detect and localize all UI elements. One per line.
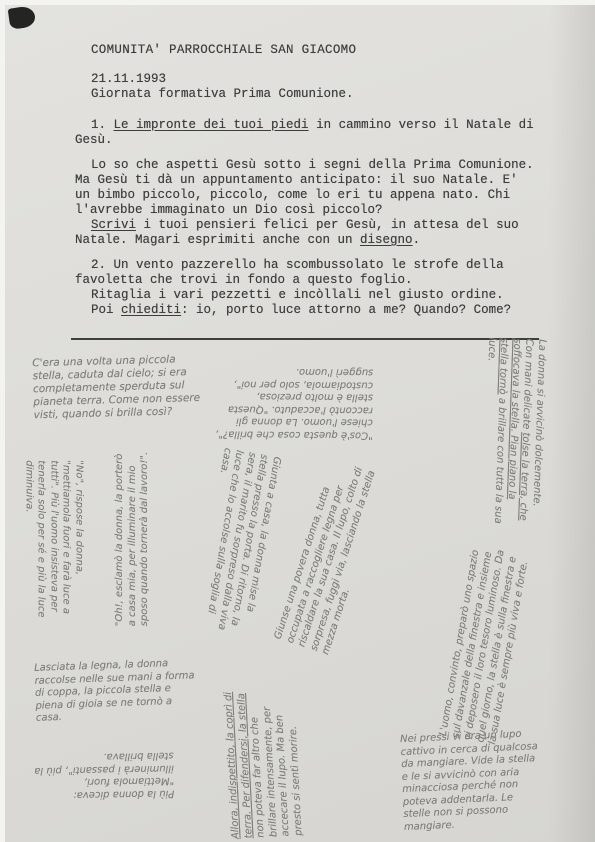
paragraph-3: Scrivi i tuoi pensieri felici per Gesù, … xyxy=(75,218,539,248)
paragraph-1-number: 1. xyxy=(91,118,114,132)
story-snippet-oh-esclamo: "Oh!, esclamò la donna, la porterò a cas… xyxy=(114,451,152,626)
paragraph-2: Lo so che aspetti Gesù sotto i segni del… xyxy=(75,158,539,218)
divider-line xyxy=(71,338,539,340)
story-snippet-donna-si-avvicino: La donna si avvicinò dolcemente. Con man… xyxy=(479,337,548,525)
paragraph-3-underlined-2: disegno xyxy=(360,233,413,247)
story-snippet-lupo-cattivo: Nei pressi vi era un lupo cattivo in cer… xyxy=(400,728,544,834)
paragraph-6: Poi chiediti: io, porto luce attorno a m… xyxy=(75,303,539,318)
paragraph-1: 1. Le impronte dei tuoi piedi in cammino… xyxy=(75,118,539,148)
story-snippet-giunta-a-casa: Giunta a casa, la donna mise la stella p… xyxy=(189,447,283,640)
story-snippet-piu-la-donna: Più la donna diceva: "Mettiamola fuori, … xyxy=(32,749,175,801)
page-title: COMUNITA' PARROCCHIALE SAN GIACOMO xyxy=(75,43,539,58)
paragraph-4: 2. Un vento pazzerello ha scombussolato … xyxy=(75,258,539,288)
scan-corner-artifact xyxy=(8,5,37,29)
paragraph-3-middle: i tuoi pensieri felici per Gesù, in atte… xyxy=(75,218,519,247)
paragraph-3-underlined-1: Scrivi xyxy=(91,218,136,232)
paragraph-6-rest: : io, porto luce attorno a me? Quando? C… xyxy=(181,303,511,317)
paragraph-6-pre: Poi xyxy=(91,303,121,317)
story-snippet-no-rispose: "No", rispose la donna, "mettiamola fuor… xyxy=(22,460,85,638)
document-date: 21.11.1993 xyxy=(75,72,539,87)
typewritten-document: COMUNITA' PARROCCHIALE SAN GIACOMO 21.11… xyxy=(75,43,539,340)
paragraph-3-end: . xyxy=(413,233,421,247)
story-snippet-cosa-che-brilla: "Cos'è questa cosa che brilla?", chiese … xyxy=(208,364,374,440)
story-snippet-giunse-povera-donna: Giunse una povera donna, tutta occupata … xyxy=(273,452,393,657)
story-snippet-uomo-convinto: L'uomo, convinto, preparò uno spazio sul… xyxy=(438,543,533,746)
scanned-worksheet-page: COMUNITA' PARROCCHIALE SAN GIACOMO 21.11… xyxy=(0,0,595,842)
story-snippet-allora-indispettito: Allora, indispettito, la coprì di terra.… xyxy=(222,680,305,840)
paragraph-1-underlined: Le impronte dei tuoi piedi xyxy=(114,118,309,132)
story-snippet-stella-caduta: C'era una volta una piccola stella, cadu… xyxy=(32,353,206,422)
paragraph-5: Ritaglia i vari pezzetti e incòllali nel… xyxy=(75,288,539,303)
scan-edge-shading xyxy=(549,5,595,842)
paragraph-6-underlined: chiediti xyxy=(121,303,181,317)
document-subtitle: Giornata formativa Prima Comunione. xyxy=(75,87,539,102)
story-snippet-lasciata-la-legna: Lasciata la legna, la donna raccolse nel… xyxy=(34,657,198,725)
